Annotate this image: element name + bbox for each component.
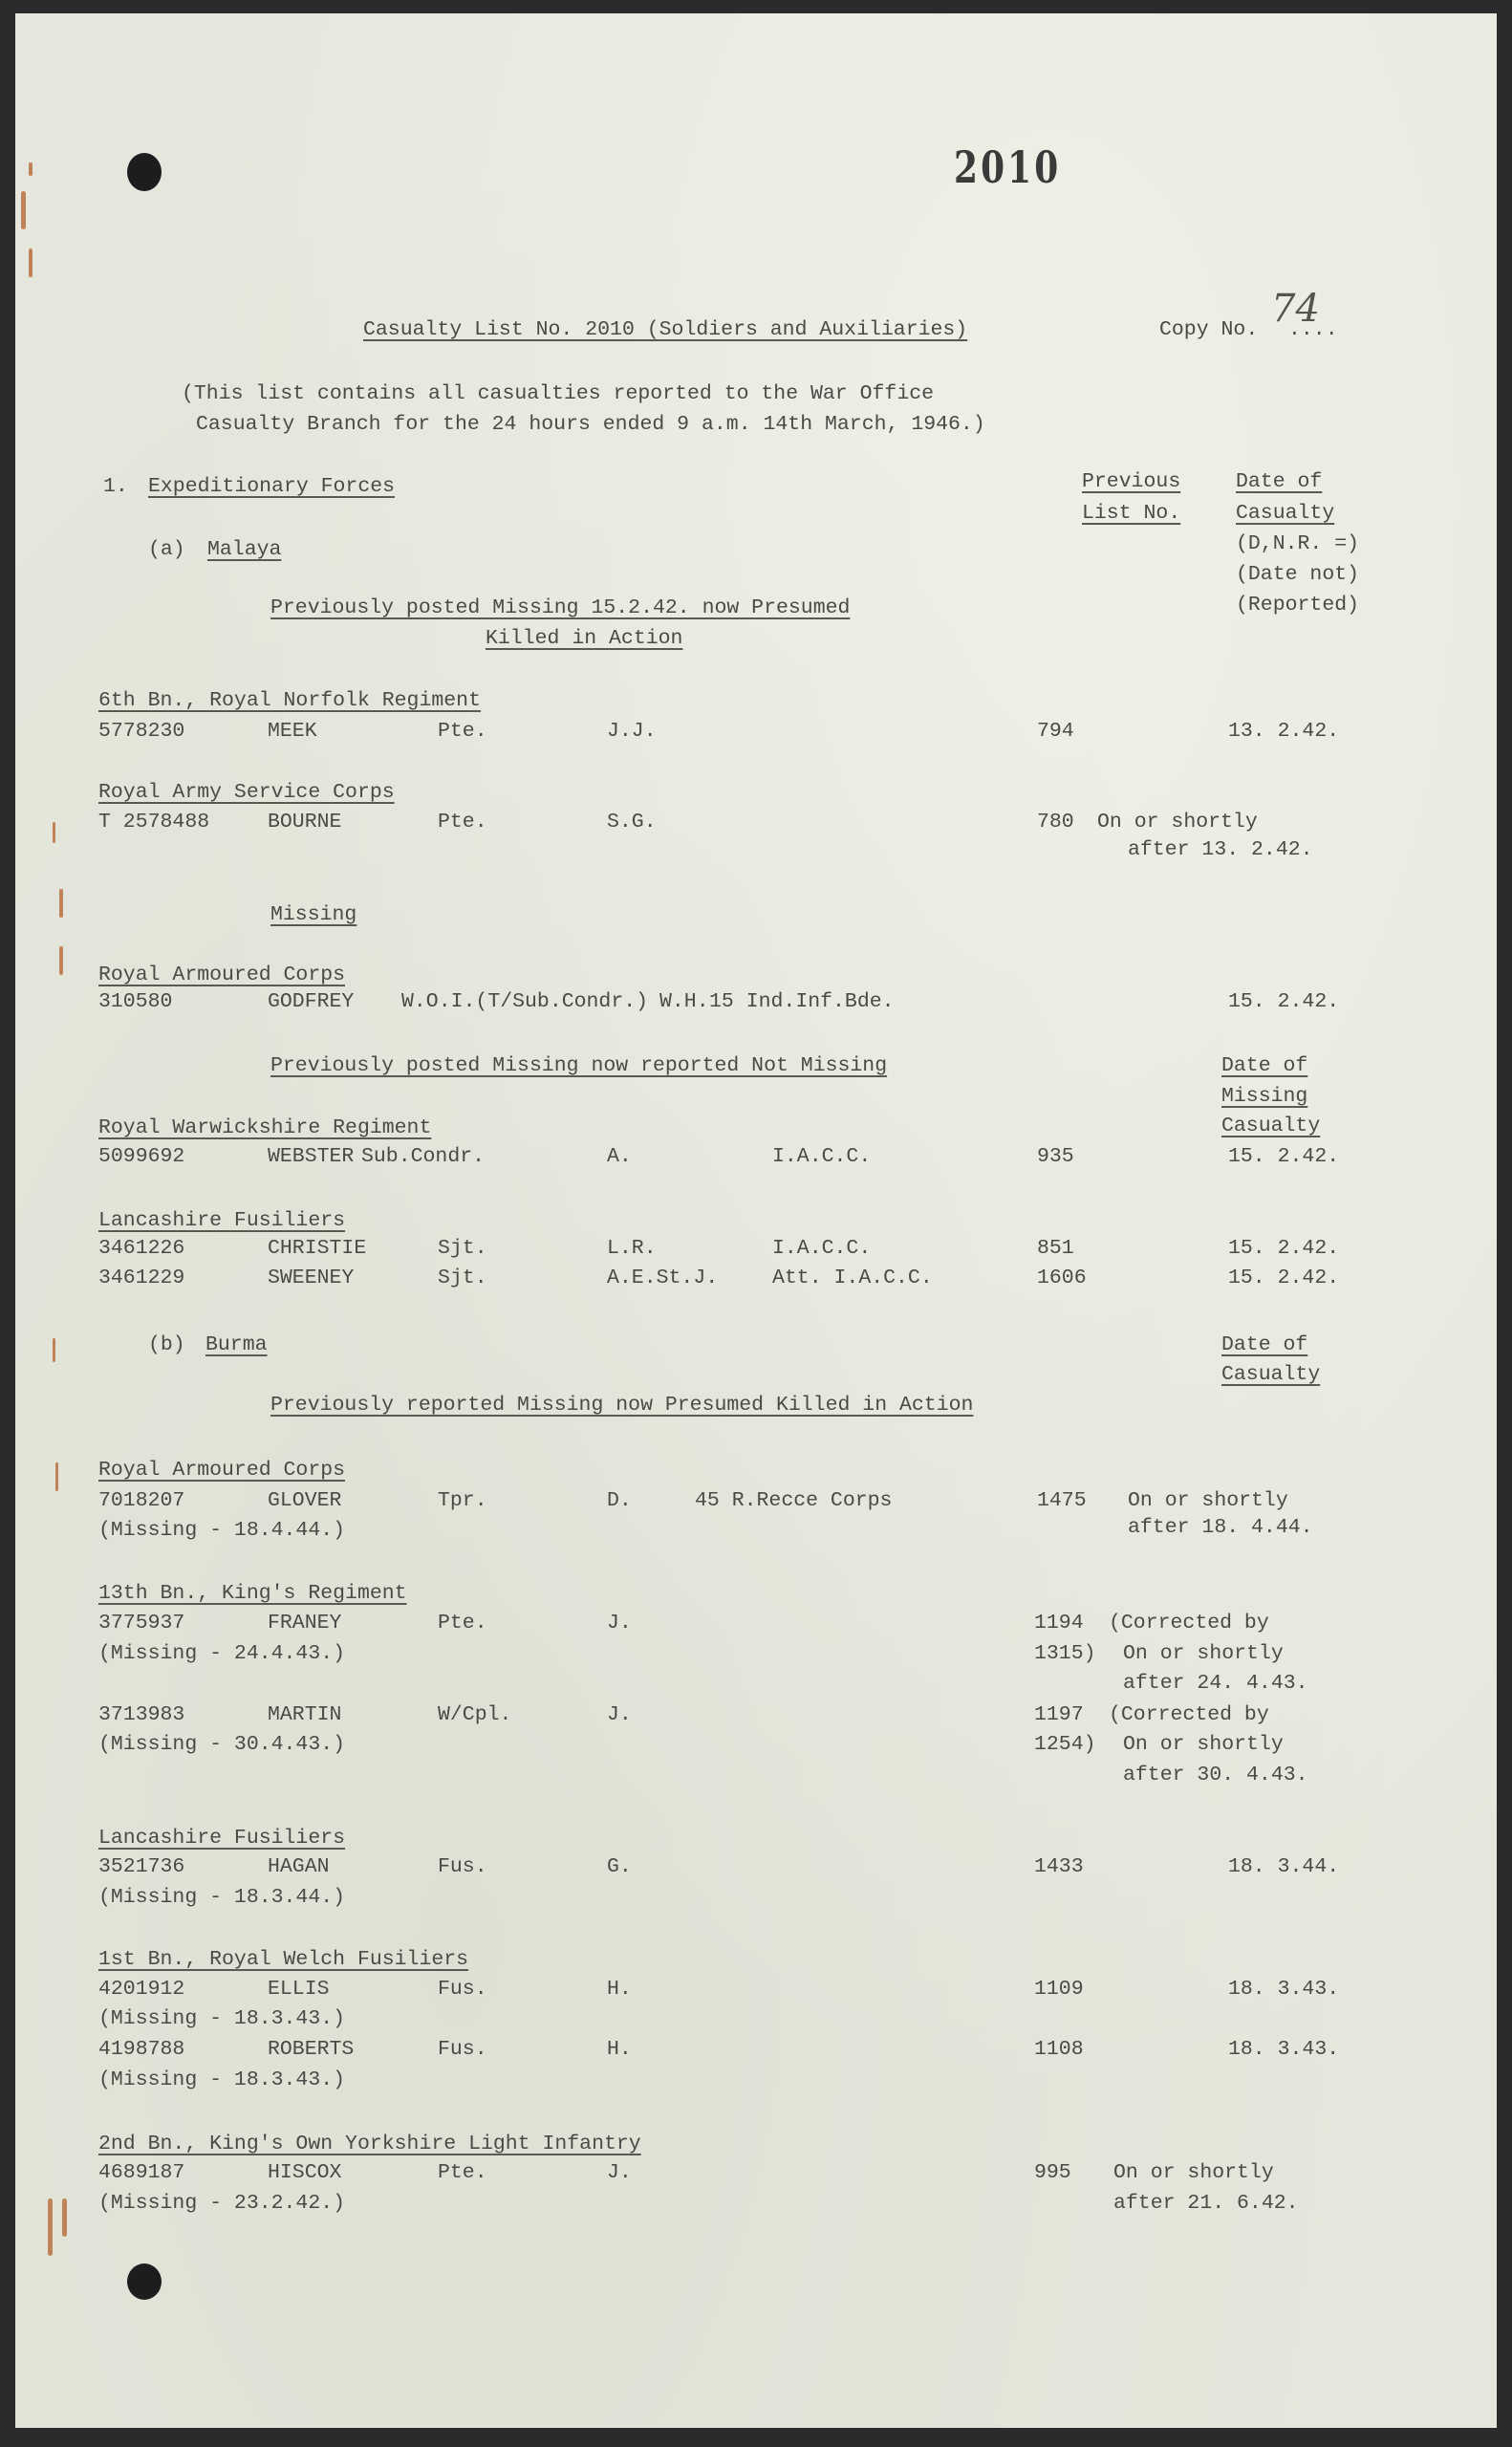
casualty-date-2: after 13. 2.42. — [1128, 838, 1313, 861]
rank: Fus. — [438, 2038, 487, 2061]
punch-hole-bottom — [127, 2263, 162, 2300]
rank: Sub.Condr. — [361, 1145, 485, 1168]
previous-list-no-2: 1315) — [1034, 1642, 1096, 1665]
missing-date: (Missing - 30.4.43.) — [98, 1733, 345, 1756]
service-number: 4689187 — [98, 2161, 184, 2184]
missing-date: (Missing - 18.3.44.) — [98, 1886, 345, 1909]
rust-mark — [55, 1462, 58, 1491]
initials: A. — [607, 1145, 632, 1168]
group-heading-presumed-2: Killed in Action — [486, 627, 682, 650]
rank: Tpr. — [438, 1489, 487, 1512]
previous-list-no: 935 — [1037, 1145, 1074, 1168]
casualty-date-2: On or shortly — [1123, 1733, 1284, 1756]
previous-list-no: 1433 — [1034, 1855, 1084, 1878]
service-number: 7018207 — [98, 1489, 184, 1512]
rank: Pte. — [438, 2161, 487, 2184]
casualty-date: On or shortly — [1113, 2161, 1274, 2184]
rust-mark — [59, 889, 63, 918]
header-casualty: Casualty — [1236, 502, 1334, 525]
unit-heading: 6th Bn., Royal Norfolk Regiment — [98, 689, 481, 712]
surname: BOURNE — [268, 811, 341, 834]
unit-heading: 2nd Bn., King's Own Yorkshire Light Infa… — [98, 2133, 641, 2155]
previous-list-no: 1109 — [1034, 1978, 1084, 2001]
previous-list-no: 1194 — [1034, 1612, 1084, 1635]
section-number: 1. — [103, 475, 128, 498]
initials: L.R. — [607, 1237, 657, 1260]
initials: S.G. — [607, 811, 657, 834]
missing-date: (Missing - 23.2.42.) — [98, 2192, 345, 2215]
service-number: 4198788 — [98, 2038, 184, 2061]
rank: Pte. — [438, 811, 487, 834]
rank: Pte. — [438, 1612, 487, 1635]
missing-date: (Missing - 24.4.43.) — [98, 1642, 345, 1665]
casualty-date: (Corrected by — [1109, 1612, 1269, 1635]
service-number: 4201912 — [98, 1978, 184, 2001]
region-prefix-b: (b) — [148, 1333, 185, 1356]
surname: WEBSTER — [268, 1145, 354, 1168]
rust-mark — [21, 191, 26, 229]
header-date-of: Date of — [1236, 470, 1322, 493]
previous-list-no: 780 — [1037, 811, 1074, 834]
initials: H. — [607, 1978, 632, 2001]
rank: Pte. — [438, 720, 487, 743]
previous-list-no: 995 — [1034, 2161, 1071, 2184]
previous-list-no: 1108 — [1034, 2038, 1084, 2061]
unit-detail: 45 R.Recce Corps — [695, 1489, 892, 1512]
service-number: 3521736 — [98, 1855, 184, 1878]
initials: H. — [607, 2038, 632, 2061]
casualty-date: 18. 3.44. — [1228, 1855, 1339, 1878]
service-number: 3775937 — [98, 1612, 184, 1635]
initials: G. — [607, 1855, 632, 1878]
initials: A.E.St.J. — [607, 1267, 718, 1289]
service-number: 5099692 — [98, 1145, 184, 1168]
previous-list-no: 1197 — [1034, 1703, 1084, 1726]
previous-list-no: 851 — [1037, 1237, 1074, 1260]
service-number: T 2578488 — [98, 811, 209, 834]
header-date-of-missing: Date of — [1221, 1054, 1307, 1077]
surname: ROBERTS — [268, 2038, 354, 2061]
unit-heading: Royal Armoured Corps — [98, 964, 345, 986]
rank: Sjt. — [438, 1237, 487, 1260]
header-previous: Previous — [1082, 470, 1180, 493]
casualty-date: 15. 2.42. — [1228, 1237, 1339, 1260]
surname: MARTIN — [268, 1703, 341, 1726]
casualty-date: On or shortly — [1097, 811, 1258, 834]
rank: W.O.I.(T/Sub.Condr.) — [401, 990, 648, 1013]
header-missing-casualty: Casualty — [1221, 1115, 1320, 1137]
service-number: 3461226 — [98, 1237, 184, 1260]
casualty-date: 18. 3.43. — [1228, 1978, 1339, 2001]
document-title: Casualty List No. 2010 (Soldiers and Aux… — [363, 318, 967, 341]
previous-list-no: 1475 — [1037, 1489, 1087, 1512]
surname: HISCOX — [268, 2161, 341, 2184]
copy-number-handwritten: 74 — [1271, 287, 1320, 331]
service-number: 3713983 — [98, 1703, 184, 1726]
punch-hole-top — [127, 153, 162, 191]
missing-date: (Missing - 18.4.44.) — [98, 1519, 345, 1542]
rust-mark — [29, 249, 32, 277]
region-malaya: Malaya — [207, 538, 281, 561]
previous-list-no-2: 1254) — [1034, 1733, 1096, 1756]
group-heading-missing: Missing — [270, 903, 356, 926]
service-number: 3461229 — [98, 1267, 184, 1289]
group-heading-not-missing: Previously posted Missing now reported N… — [270, 1054, 887, 1077]
unit-detail: I.A.C.C. — [772, 1145, 871, 1168]
casualty-date-2: On or shortly — [1123, 1642, 1284, 1665]
casualty-date-3: after 24. 4.43. — [1123, 1672, 1308, 1695]
casualty-date-3: after 30. 4.43. — [1123, 1764, 1308, 1787]
service-number: 310580 — [98, 990, 172, 1013]
initials: D. — [607, 1489, 632, 1512]
surname: MEEK — [268, 720, 317, 743]
header-dnr-3: (Reported) — [1236, 594, 1359, 617]
unit-heading: Royal Armoured Corps — [98, 1459, 345, 1482]
unit-heading: Lancashire Fusiliers — [98, 1209, 345, 1232]
unit-heading: Royal Army Service Corps — [98, 781, 395, 804]
intro-line-1: (This list contains all casualties repor… — [182, 382, 934, 405]
unit-heading: 1st Bn., Royal Welch Fusiliers — [98, 1948, 468, 1971]
service-number: 5778230 — [98, 720, 184, 743]
initials: J. — [607, 1703, 632, 1726]
surname: GODFREY — [268, 990, 354, 1013]
previous-list-no: 794 — [1037, 720, 1074, 743]
list-number-stamp: 2010 — [954, 141, 1061, 193]
initials: J. — [607, 2161, 632, 2184]
header-list-no: List No. — [1082, 502, 1180, 525]
initials: J. — [607, 1612, 632, 1635]
casualty-date: 15. 2.42. — [1228, 990, 1339, 1013]
casualty-date: 18. 3.43. — [1228, 2038, 1339, 2061]
rank: Fus. — [438, 1855, 487, 1878]
casualty-date: On or shortly — [1128, 1489, 1288, 1512]
rust-mark — [53, 822, 55, 843]
group-heading-presumed-1: Previously posted Missing 15.2.42. now P… — [270, 596, 850, 619]
casualty-date-2: after 21. 6.42. — [1113, 2192, 1299, 2215]
casualty-date: 13. 2.42. — [1228, 720, 1339, 743]
surname: SWEENEY — [268, 1267, 354, 1289]
initials: J.J. — [607, 720, 657, 743]
rust-mark — [48, 2198, 53, 2256]
copy-label: Copy No. — [1159, 318, 1258, 341]
unit-heading: 13th Bn., King's Regiment — [98, 1582, 407, 1605]
surname: HAGAN — [268, 1855, 330, 1878]
surname: GLOVER — [268, 1489, 341, 1512]
header-missing: Missing — [1221, 1085, 1307, 1108]
casualty-date: (Corrected by — [1109, 1703, 1269, 1726]
rank: Sjt. — [438, 1267, 487, 1289]
casualty-date: 15. 2.42. — [1228, 1267, 1339, 1289]
surname: FRANEY — [268, 1612, 341, 1635]
missing-date: (Missing - 18.3.43.) — [98, 2068, 345, 2091]
group-heading-burma: Previously reported Missing now Presumed… — [270, 1394, 973, 1417]
unit-detail: Att. I.A.C.C. — [772, 1267, 933, 1289]
rust-mark — [53, 1338, 55, 1362]
previous-list-no: 1606 — [1037, 1267, 1087, 1289]
intro-line-2: Casualty Branch for the 24 hours ended 9… — [196, 413, 985, 436]
casualty-date: 15. 2.42. — [1228, 1145, 1339, 1168]
header-dnr-2: (Date not) — [1236, 563, 1359, 586]
unit-detail: I.A.C.C. — [772, 1237, 871, 1260]
unit-heading: Lancashire Fusiliers — [98, 1827, 345, 1850]
surname: CHRISTIE — [268, 1237, 366, 1260]
rank: Fus. — [438, 1978, 487, 2001]
header-dnr-1: (D,N.R. =) — [1236, 532, 1359, 555]
rust-mark — [59, 946, 63, 975]
unit-detail: 15 Ind.Inf.Bde. — [709, 990, 895, 1013]
casualty-date-2: after 18. 4.44. — [1128, 1516, 1313, 1539]
section-heading: Expeditionary Forces — [148, 475, 395, 498]
unit-heading: Royal Warwickshire Regiment — [98, 1116, 431, 1139]
rank: W/Cpl. — [438, 1703, 511, 1726]
rust-mark — [62, 2198, 67, 2237]
missing-date: (Missing - 18.3.43.) — [98, 2007, 345, 2030]
header-burma-casualty: Casualty — [1221, 1363, 1320, 1386]
initials: W.H. — [659, 990, 709, 1013]
header-burma-date-of: Date of — [1221, 1333, 1307, 1356]
surname: ELLIS — [268, 1978, 330, 2001]
rust-mark — [29, 162, 32, 176]
region-burma: Burma — [205, 1333, 268, 1356]
region-prefix-a: (a) — [148, 538, 185, 561]
